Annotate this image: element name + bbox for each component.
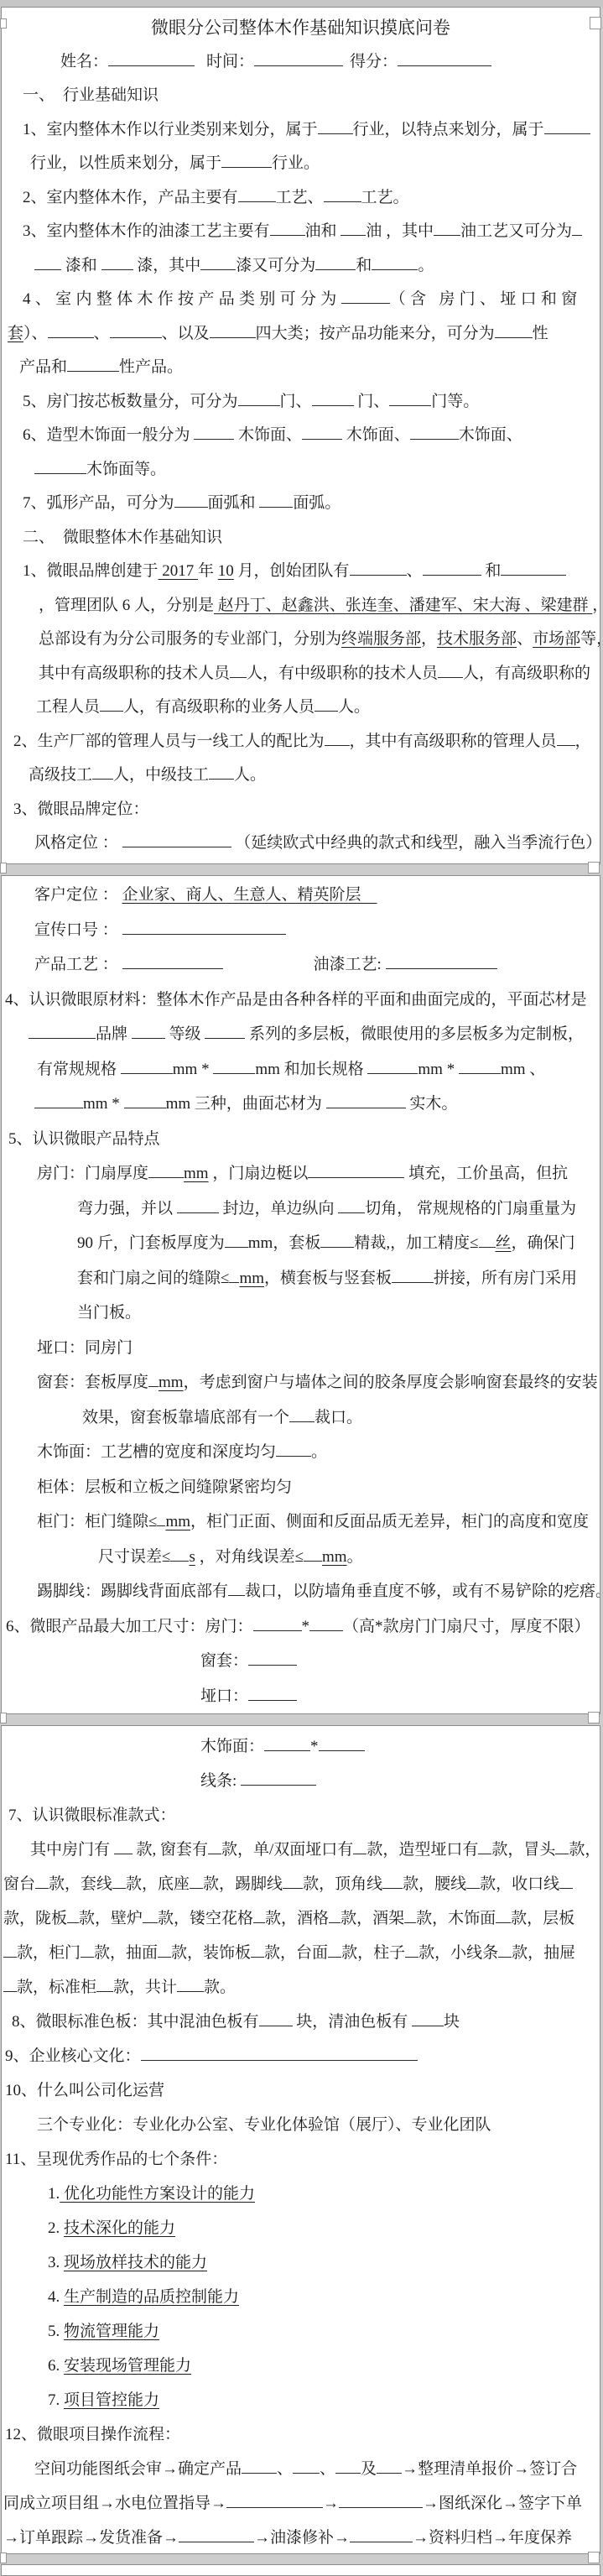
spacer [223,961,314,969]
blank-underline [114,1838,133,1854]
doc-line: 10、什么叫公司化运营 [2,2073,600,2108]
blank-underline [308,1162,404,1178]
question-text: 款，台面 [264,1944,328,1962]
question-text: 工艺。 [361,189,409,206]
blank-underline [81,1942,94,1958]
page-boundary-marker [588,2552,600,2563]
doc-line: 1、室内整体木作以行业类别来划分，属于行业，以特点来划分，属于 [2,113,600,148]
doc-line: 90 斤，门套板厚度为mm，套板精裁,，加工精度≤丝，确保门 [2,1226,600,1261]
question-text: 9、企业核心文化： [5,2047,141,2065]
doc-line: 套）、、、以及四大类；按产品功能来分，可分为性 [2,317,600,352]
question-text: 8、微眼标准色板：其中混油色板有 [12,2013,259,2031]
answer-text: 现场放样技术的能力 [64,2254,207,2271]
doc-line: 2. 技术深化的能力 [2,2211,600,2245]
answer-text: 赵丹丁、赵鑫洪、张连奎、潘建军、宋大海 、梁建群 [214,597,592,614]
question-text: 封边，单边纵向 [219,1200,339,1218]
question-text: 门、 [280,393,312,410]
question-text: ，对角线误差≤ [195,1548,304,1566]
answer-text: 技术深化的能力 [64,2219,175,2237]
doc-line: 11、呈现优秀作品的七个条件： [2,2142,600,2177]
question-text: 柜体：层板和立板之间缝隙紧密均匀 [37,1478,292,1496]
blank-underline [213,1058,255,1074]
blank-underline [335,2458,361,2474]
blank-underline [29,1023,96,1039]
question-text: 12、微眼项目操作流程： [5,2426,180,2443]
question-text: 款，底座 [126,1875,190,1893]
blank-underline [328,1942,341,1958]
blank-underline [141,2045,418,2061]
blank-underline [338,1197,365,1213]
doc-line: 6、造型木饰面一般分为 木饰面、 木饰面、木饰面、 [2,419,600,453]
blank-underline [205,1023,245,1039]
answer-text: mm [184,1165,209,1182]
question-text: 窗套：套板厚度 [37,1374,148,1391]
question-text: 油漆工艺: [314,956,386,973]
doc-line: 7、弧形产品，可分为面弧和 面弧。 [2,487,600,521]
blank-underline [241,1770,316,1786]
question-text: 款。 [204,1979,236,1996]
question-text: 款，冒头 [491,1841,555,1859]
blank-underline [121,1058,173,1074]
blank-underline [544,118,590,134]
question-text: 块 [444,2013,460,2031]
answer-text: mm [159,1374,184,1391]
spacer [343,58,350,66]
blank-underline [259,492,293,508]
question-text: （高*款房门门扇尺寸，厚度不限） [343,1618,590,1635]
blank-underline [270,220,305,236]
doc-line: 4. 生产制造的品质控制能力 [2,2280,600,2314]
doc-line: →订单跟踪→发货准备→→油漆修补→→资料归档→年度保养 [2,2521,600,2554]
blank-underline [572,220,582,236]
blank-underline [353,1838,366,1854]
blank-underline [209,764,234,780]
doc-line: 3、室内整体木作的油漆工艺主要有油和 油 ，其中油工艺又可分为 [2,215,600,249]
question-text: 款，柜门 [17,1944,81,1962]
blank-underline [242,2458,277,2474]
page-boundary-marker [0,2553,7,2563]
question-text: 弯力强，并以 [77,1200,177,1218]
blank-underline [34,1092,83,1108]
question-text: 4. [48,2288,64,2306]
blank-underline [190,1873,203,1889]
question-text: 款, 窗套有 [133,1841,208,1859]
doc-line: 套和门扇之间的缝隙≤mm，横套板与竖套板拼接，所有房门采用 [2,1261,600,1296]
question-text: 5. [48,2323,64,2340]
blank-underline [3,1976,17,1992]
blank-underline [253,1615,302,1631]
blank-underline [293,2458,320,2474]
answer-text: 技术服务部 [437,630,517,648]
question-text: 垭口：同房门 [37,1339,133,1357]
blank-underline [148,1371,159,1387]
question-text: 房门：门扇厚度 [37,1165,148,1182]
blank-underline [177,1976,204,1992]
question-text: 油工艺又可分为 [460,222,572,240]
blank-underline [398,50,491,66]
blank-underline [194,424,234,440]
blank-underline [410,424,459,440]
question-text: 3. [48,2254,64,2271]
question-text: （延续欧式中经典的款式和线型，融入当季流行色） [231,834,600,852]
blank-underline [248,1650,297,1666]
question-text: →整理清单报价→签订合 [402,2460,577,2478]
blank-underline [35,1873,49,1889]
blank-underline [225,1232,248,1248]
question-text: 6、造型木饰面一般分为 [23,426,194,444]
question-text: 效果，窗套板靠墙底部有一个 [82,1409,289,1426]
doc-line: 垭口：同房门 [2,1331,600,1366]
blank-underline [557,730,575,746]
blank-underline [67,1907,79,1923]
question-text: 填充，工价虽高，但抗 [404,1165,568,1182]
blank-underline [67,356,119,372]
question-text: ， [421,630,437,648]
blank-underline [315,254,356,270]
question-text: →图纸深化→签字下单 [423,2495,582,2512]
question-text: 款，镂空花格 [158,1910,253,1927]
blank-underline [478,1838,491,1854]
answer-text: 项目管控能力 [64,2391,159,2409]
blank-underline [34,458,86,474]
question-text: 姓名： [60,53,108,70]
question-text: ， [575,733,591,750]
question-text: 。 [347,1548,363,1566]
blank-underline [100,696,123,712]
question-text: ，柜门正面、侧面和反面品质无差异，柜门的高度和宽度 [190,1513,589,1530]
answer-text: 终端服务部 [341,630,421,648]
blank-underline [304,1546,322,1562]
blank-underline [320,1232,354,1248]
doc-line: 7、认识微眼标准款式： [2,1798,600,1833]
blank-underline [122,953,223,969]
blank-underline [412,2010,444,2026]
doc-line: 同成立项目组→水电位置指导→→→图纸深化→签字下单 [2,2486,600,2521]
page-1[interactable]: 微眼分公司整体木作基础知识摸底问卷姓名：时间：得分：一、行业基础知识1、室内整体… [1,7,600,864]
answer-text: mm [322,1548,347,1566]
blank-underline [276,1441,311,1457]
question-text: 款，顶角线 [303,1875,382,1893]
question-text: 木饰面： [200,1738,264,1755]
blank-underline [319,1735,365,1751]
doc-line: 线条: [2,1764,600,1798]
question-text: 同成立项目组→水电位置指导→ [3,2495,226,2512]
question-text: mm * [83,1095,124,1113]
question-text: 拼接，所有房门采用 [434,1270,577,1287]
spacer [55,534,63,542]
question-text: 等级 [165,1025,205,1043]
blank-underline [326,1092,406,1108]
question-text: 工程人员 [36,698,100,716]
doc-line: 总部设有为分公司服务的专业部门，分别为终端服务部，技术服务部、市场部等， [2,623,600,657]
doc-line: 漆和 漆，其中漆又可分为和。 [2,249,600,284]
answer-text: 生产制造的品质控制能力 [64,2288,239,2306]
blank-underline [350,2526,413,2542]
question-text: 当门板。 [77,1304,141,1322]
question-text: 款，柱子 [341,1944,405,1962]
answer-text: 丝 [496,1234,512,1252]
blank-underline [325,730,350,746]
question-text: 裁口。 [314,1409,362,1426]
question-text: 3、室内整体木作的油漆工艺主要有 [23,222,270,240]
question-text: 面弧和 [208,494,260,512]
doc-line: 木饰面：* [2,1729,600,1764]
page-boundary-marker [0,18,7,29]
question-text: 人，有高级职称的业务人员 [123,698,314,716]
doc-line: 3、微眼品牌定位： [2,793,600,827]
question-text: 款，共计 [113,1979,177,1996]
question-text: 门等。 [431,393,479,410]
question-text: 11、呈现优秀作品的七个条件： [5,2151,227,2168]
question-text: 人，中级技工 [113,766,209,784]
blank-underline [382,1873,403,1889]
blank-underline [48,322,94,338]
page-boundary-marker [590,17,601,29]
doc-line: 产品和性产品。 [2,351,600,385]
doc-line: 款，柜门款，抽面款，装饰板款，台面款，柱子款，小线条款，抽屉 [2,1936,600,1970]
page-boundary-marker [0,863,7,873]
question-text: 二、 [23,529,55,546]
question-text: mm * [418,1061,459,1078]
blank-underline [423,560,481,576]
page-3[interactable]: 木饰面：*线条: 7、认识微眼标准款式：其中房门有 款, 窗套有款，单/双面垭口… [1,1725,600,2554]
question-text: 和 [481,562,502,580]
blank-underline [179,2526,254,2542]
question-text: 款，腰线 [403,1875,466,1893]
doc-line: ，管理团队 6 人，分别是 赵丹丁、赵鑫洪、张连奎、潘建军、宋大海 、梁建群 ， [2,589,600,623]
page-boundary-marker [588,1712,600,1723]
blank-underline [259,2010,293,2026]
doc-line: 柜体：层板和立板之间缝隙紧密均匀 [2,1470,600,1505]
question-text: 产品工艺 ： [34,956,122,973]
blank-underline [392,1267,434,1283]
doc-line: 宣传口号 ： [2,913,600,948]
question-text: 、 [517,630,533,648]
blank-underline [309,1615,343,1631]
question-text: 行业。 [272,154,320,172]
doc-line: 窗套：套板厚度mm，考虑到窗户与墙体之间的胶条厚度会影响窗套最终的安装 [2,1365,600,1400]
doc-line: 款，陇板款，壁炉款，镂空花格款，酒格款，酒架款，木饰面款，层板 [2,1901,600,1936]
doc-line: 木饰面：工艺槽的宽度和深度均匀。 [2,1435,600,1470]
question-text: 面弧。 [293,494,340,512]
blank-underline [555,1838,569,1854]
question-text: 、 [277,2460,293,2478]
blank-underline [438,662,463,678]
question-text: 2、生产厂部的管理人员与一线工人的配比为 [13,733,325,750]
question-text: 款，陇板 [3,1910,67,1927]
question-text: 人。 [234,766,266,784]
doc-line: 2、室内整体木作，产品主要有工艺、工艺。 [2,181,600,216]
doc-line: 其中房门有 款, 窗套有款，单/双面垭口有款，造型垭口有款，冒头款， [2,1833,600,1867]
question-text: 漆和 [61,257,101,274]
question-text: 工艺、 [276,189,324,206]
question-text: 、以及 [162,325,210,342]
blank-underline [479,1232,496,1248]
doc-line: 三个专业化：专业化办公室、专业化体验馆（展厅）、专业化团队 [2,2108,600,2142]
question-text: 款，装饰板 [171,1944,251,1962]
question-text: 窗台 [3,1875,35,1893]
question-text: →订单跟踪→发货准备→ [3,2529,179,2547]
question-text: 四大类；按产品功能来分，可分为 [256,325,495,342]
doc-line: 弯力强，并以 封边，单边纵向 切角， 常规规格的门扇重量为 [2,1192,600,1227]
blank-underline [324,186,361,202]
question-text: 微眼整体木作基础知识 [63,529,222,546]
question-text: 漆又可分为 [236,257,315,274]
doc-line: 尺寸误差≤s ，对角线误差≤mm。 [2,1540,600,1575]
question-text: 门、 [354,393,390,410]
question-text: 得分： [350,53,398,70]
question-text: 实木。 [406,1095,458,1113]
blank-underline [174,492,208,508]
doc-line: 垭口： [2,1679,600,1714]
question-text: 等， [580,630,600,648]
page-boundary-marker [588,862,600,873]
question-text: ）、 [23,325,48,342]
blank-underline [312,390,354,406]
blank-underline [238,390,280,406]
question-text: 款，造型垭口有 [366,1841,478,1859]
question-text: 柜门：柜门缝隙≤ [37,1513,157,1530]
question-text: 其中房门有 [30,1841,114,1859]
question-text: ，横套板与竖套板 [264,1270,392,1287]
blank-underline [3,1942,17,1958]
doc-line: 5、认识微眼产品特点 [2,1122,600,1157]
blank-underline [34,254,61,270]
blank-underline [110,322,162,338]
blank-underline [228,1580,245,1596]
answer-text: 2017 [159,562,199,580]
question-text: 产品和 [19,358,67,376]
question-text: 总部设有为分公司服务的专业部门，分别为 [39,630,341,648]
answer-text: 10 [218,562,234,580]
answer-text: s [189,1548,195,1566]
question-text: 垭口： [200,1687,248,1705]
blank-underline [350,560,407,576]
question-text: 套和门扇之间的缝隙≤ [77,1270,229,1287]
doc-line: 9、企业核心文化： [2,2039,600,2073]
question-text: 7. [48,2391,64,2409]
blank-underline [434,220,460,236]
question-text: 木饰面、 [459,426,522,444]
blank-underline [339,2492,423,2508]
question-text: 尺寸误差≤ [98,1548,170,1566]
doc-line: 1. 优化功能性方案设计的能力 [2,2177,600,2211]
page-top-margin-strip [0,0,603,7]
blank-underline [329,1907,340,1923]
blank-underline [314,696,338,712]
question-text: 6、微眼产品最大加工尺寸：房门： [6,1618,253,1635]
question-text: 年 [198,562,218,580]
doc-line: 5. 物流管理能力 [2,2314,600,2349]
question-text: 款，抽屉 [512,1944,575,1962]
blank-underline [283,1873,303,1889]
question-text: 木饰面、 [234,426,302,444]
blank-underline [177,1197,219,1213]
question-text: ， [592,597,600,614]
blank-underline [96,1976,113,1992]
doc-line: 有常规规格 mm * mm 和加长规格 mm * mm 、 [2,1052,600,1087]
doc-line: 客户定位 ： 企业家、商人、生意人、精英阶层 [2,878,600,913]
question-text: 款，套线 [49,1875,112,1893]
doc-line: 工程人员人，有高级职称的业务人员人。 [2,691,600,725]
question-text: 2、室内整体木作，产品主要有 [23,189,238,206]
blank-underline [404,1907,416,1923]
question-text: 系列的多层板，微眼使用的多层板多为定制板， [245,1025,584,1043]
doc-line: 7. 项目管控能力 [2,2383,600,2417]
doc-line: 品牌 等级 系列的多层板，微眼使用的多层板多为定制板， [2,1017,600,1052]
blank-underline [208,1838,221,1854]
doc-line: 其中有高级职称的技术人员人，有中级职称的技术人员人，有高级职称的 [2,657,600,691]
question-text: （含 房门、垭口和窗 [390,290,582,308]
blank-underline [221,152,272,168]
question-text: 款，抽面 [94,1944,158,1962]
answer-text: 市场部 [533,630,580,648]
doc-line: 8、微眼标准色板：其中混油色板有 块，清油色板有 块 [2,2005,600,2039]
question-text: 行业，以特点来划分，属于 [353,121,544,138]
doc-line: 5、房门按芯板数量分，可分为门、 门、门等。 [2,385,600,420]
blank-underline [122,919,286,935]
question-text: 1. [48,2185,60,2203]
question-text: 款，收口线 [480,1875,559,1893]
answer-text: 优化功能性方案设计的能力 [60,2185,255,2203]
question-text: 5、房门按芯板数量分，可分为 [23,393,238,410]
spacer [55,91,63,100]
blank-underline [92,764,113,780]
blank-underline [148,1162,184,1178]
question-text: 款，踢脚线 [203,1875,283,1893]
question-text: 7、认识微眼标准款式： [8,1807,176,1824]
question-text: 3、微眼品牌定位： [13,800,149,818]
question-text: 。 [418,257,434,274]
question-text: mm，套板 [248,1234,321,1252]
page-4[interactable] [1,2564,600,2576]
blank-underline [302,424,342,440]
question-text: 木饰面：工艺槽的宽度和深度均匀 [37,1443,276,1461]
blank-underline [498,1942,512,1958]
doc-line: 4、认识微眼原材料：整体木作产品是由各种各样的平面和曲面完成的，平面芯材是 [2,983,600,1018]
doc-line: 2、生产厂部的管理人员与一线工人的配比为，其中有高级职称的管理人员， [2,725,600,759]
question-text: * [302,1618,310,1635]
question-text: 时间： [206,53,254,70]
blank-underline [210,322,256,338]
question-text: 行业，以性质来划分，属于 [30,154,221,172]
question-text: 油 ，其中 [366,222,434,240]
blank-underline [367,1058,418,1074]
question-text: 宣传口号 ： [34,921,122,939]
doc-line: 效果，窗套板靠墙底部有一个裁口。 [2,1400,600,1436]
doc-line: 当门板。 [2,1296,600,1331]
doc-line: 产品工艺 ： 油漆工艺: [2,947,600,983]
doc-line: 踢脚线：踢脚线背面底部有裁口，以防墙角垂直度不够，或有不易铲除的疙瘩。 [2,1574,600,1609]
question-text: 2. [48,2219,64,2237]
doc-line: 一、行业基础知识 [2,79,600,113]
blank-underline [124,1092,166,1108]
question-text: 裁口，以防墙角垂直度不够，或有不易铲除的疙瘩。 [245,1583,600,1600]
answer-text: 物流管理能力 [64,2323,159,2340]
blank-underline [466,1873,480,1889]
blank-underline [264,1735,310,1751]
blank-underline [496,1907,511,1923]
blank-underline [405,1942,418,1958]
blank-underline [386,953,497,969]
question-text: 7、弧形产品，可分为 [23,494,174,512]
question-text: 精裁,，加工精度≤ [354,1234,478,1252]
page-2[interactable]: 客户定位 ： 企业家、商人、生意人、精英阶层 宣传口号 ： 产品工艺 ： 油漆工… [1,875,600,1714]
question-text: 4、认识微眼原材料：整体木作产品是由各种各样的平面和曲面完成的，平面芯材是 [5,991,587,1009]
question-text: 木饰面、 [342,426,410,444]
question-text: 1、微眼品牌创建于 [23,562,159,580]
page-boundary-marker [0,1713,7,1723]
